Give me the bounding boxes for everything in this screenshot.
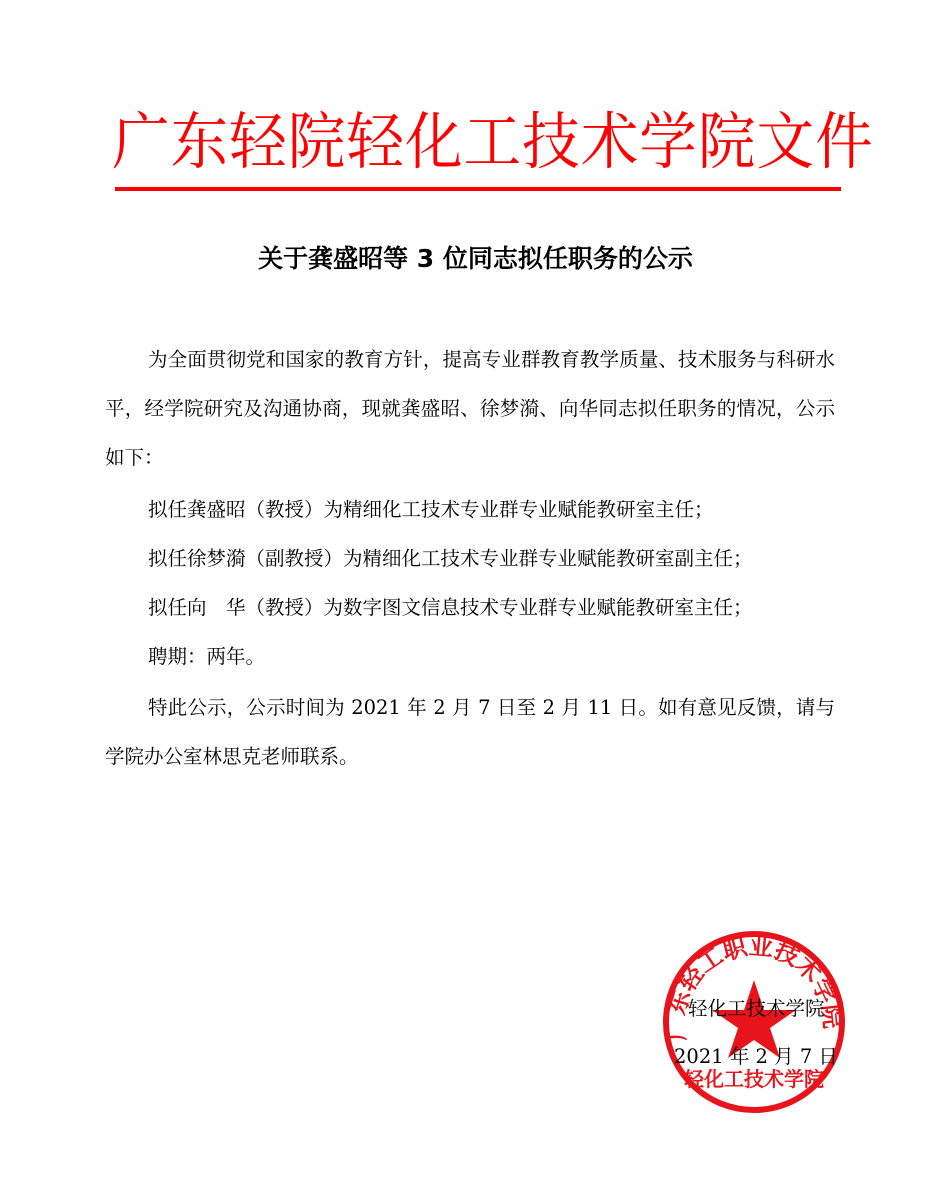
signature-org: 轻化工技术学院 [688, 994, 825, 1024]
intro-paragraph: 为全面贯彻党和国家的教育方针，提高专业群教育教学质量、技术服务与科研水平，经学院… [105, 335, 835, 482]
masthead-title: 广东轻院轻化工技术学院文件 [112, 96, 791, 188]
appointment-item: 拟任徐梦漪（副教授）为精细化工技术专业群专业赋能教研室副主任； [148, 534, 753, 583]
document-title: 关于龚盛昭等 3 位同志拟任职务的公示 [0, 241, 951, 277]
appointment-item: 拟任龚盛昭（教授）为精细化工技术专业群专业赋能教研室主任； [148, 485, 714, 534]
notice-paragraph: 特此公示，公示时间为 2021 年 2 月 7 日至 2 月 11 日。如有意见… [105, 683, 835, 781]
appointment-item: 拟任向 华（教授）为数字图文信息技术专业群专业赋能教研室主任； [148, 583, 753, 632]
term-line: 聘期：两年。 [148, 632, 265, 681]
masthead-divider [115, 187, 841, 191]
signature-date: 2021 年 2 月 7 日 [674, 1042, 838, 1072]
